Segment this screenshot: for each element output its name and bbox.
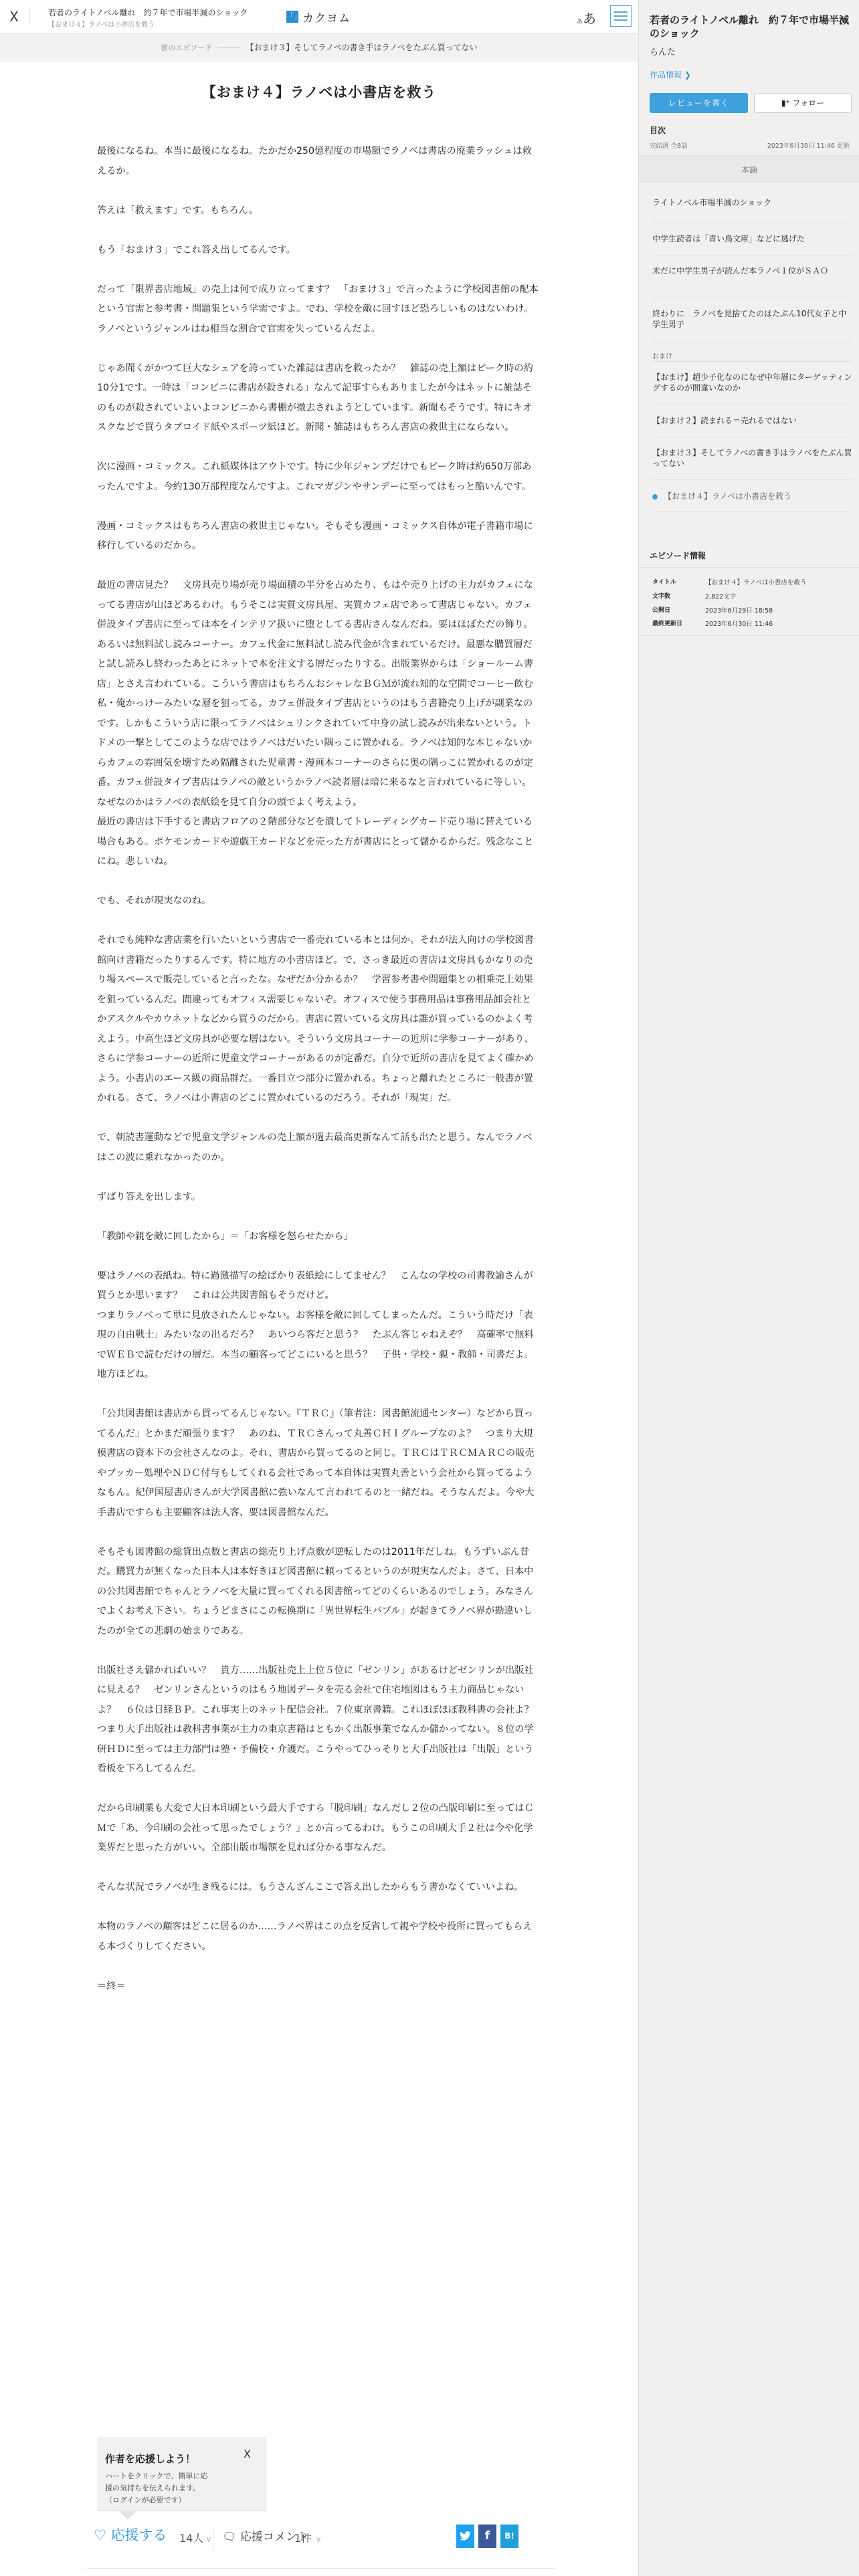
cheer-bar: ♡ 応援する 14人∨ 🗨 応援コメント 1件∨ f B!: [94, 2525, 542, 2551]
blank-line: [97, 181, 539, 201]
toc-episode-item[interactable]: 終わりに ラノベを見捨てたのはたぶん10代女子と中学生男子: [652, 298, 853, 342]
cheer-divider: [213, 2525, 213, 2551]
cheer-count[interactable]: 14人∨: [179, 2530, 212, 2545]
toc-episode-item[interactable]: 中学生読者は「青い鳥文庫」などに逃げた: [652, 223, 853, 255]
cheer-tooltip-text: ハートをクリックで、簡単に応 援の気持ちを伝えられます。 （ログインが必要です）: [105, 2470, 212, 2506]
blank-line: [97, 911, 539, 932]
body-paragraph: 次に漫画・コミックス。これ紙媒体はアウトです。特に少年ジャンプだけでもピーク時は…: [97, 457, 539, 497]
logo-mark-icon: 「」: [286, 11, 298, 23]
body-paragraph: ずばり答えを出します。: [97, 1188, 539, 1208]
meta-key-title: タイトル: [652, 577, 676, 586]
episode-info-divider: [639, 567, 859, 568]
body-paragraph: じゃあ聞くがかつて巨大なシェアを誇っていた雑誌は書店を救ったか？ 雑誌の売上額は…: [97, 359, 539, 438]
toc-episode-item-current[interactable]: 【おまけ４】ラノベは小書店を救う: [652, 480, 853, 512]
share-facebook-button[interactable]: f: [478, 2525, 496, 2548]
twitter-icon: [460, 2531, 471, 2541]
toc-episode-item[interactable]: 【おまけ３】そしてラノベの書き手はラノベをたぶん買ってない: [652, 437, 853, 480]
chapter-heading-omake: おまけ: [652, 350, 672, 360]
close-reader-button[interactable]: X: [5, 8, 23, 25]
work-updated: 2023年6月30日 11:46 更新: [767, 140, 850, 150]
meta-key-chars: 文字数: [652, 591, 670, 600]
cheer-tooltip-title: 作者を応援しよう！: [105, 2452, 195, 2466]
blank-line: [97, 1898, 539, 1918]
comment-count-value: 1件: [294, 2532, 312, 2545]
meta-value-updated: 2023年6月30日 11:46: [705, 619, 773, 628]
body-paragraph: 本物のラノベの顧客はどこに居るのか……ラノベ界はこの点を反省して親や学校や役所に…: [97, 1917, 539, 1957]
prev-episode-dash: [217, 47, 240, 48]
meta-key-updated: 最終更新日: [652, 619, 682, 627]
toc-episode-label: 【おまけ４】ラノベは小書店を救う: [664, 492, 791, 501]
blank-line: [97, 1207, 539, 1227]
hatena-bookmark-icon: B!: [504, 2531, 514, 2541]
chevron-down-icon: ∨: [315, 2535, 322, 2545]
episode-body: 最後になるね。本当に最後になるね。たかだか250億程度の市場額でラノベは書店の廃…: [97, 142, 539, 1996]
app-root: X 若者のライトノベル離れ 約７年で市場半減のショック 【おまけ４】ラノベは小書…: [0, 0, 859, 2576]
facebook-icon: f: [485, 2529, 490, 2543]
share-twitter-button[interactable]: [456, 2525, 474, 2548]
body-paragraph: でも、それが現実なのね。: [97, 891, 539, 911]
font-large-glyph: あ: [583, 11, 596, 27]
body-paragraph: 「公共図書館は書店から買ってるんじゃない。『ＴＲＣ』（筆者注：図書館流通センター…: [97, 1404, 539, 1523]
work-status: 完結済 全8話: [650, 140, 688, 150]
body-paragraph: つまりラノベって単に見放されたんじゃない。お客様を敵に回してしまったんだ。こうい…: [97, 1306, 539, 1385]
toc-episode-item[interactable]: 未だに中学生男子が読んだ本ラノベ１位がＳＡＯ: [652, 255, 853, 298]
toc-sidebar: 若者のライトノベル離れ 約７年で市場半減のショック らんた 作品情報 ❯ レビュ…: [638, 0, 859, 2576]
prev-episode-title: 【おまけ３】そしてラノベの書き手はラノベをたぶん買ってない: [246, 43, 477, 52]
header-divider: [29, 8, 30, 25]
body-paragraph: 「教師や親を敵に回したから」＝「お客様を怒らせたから」: [97, 1227, 539, 1247]
body-paragraph: だから印刷業も大変で大日本印刷という最大手ですら「脱印刷」なんだし２位の凸版印刷…: [97, 1799, 539, 1858]
body-paragraph: 最後になるね。本当に最後になるね。たかだか250億程度の市場額でラノベは書店の廃…: [97, 142, 539, 181]
follow-button[interactable]: ▮⁺ フォロー: [754, 93, 852, 113]
toc-toggle-button[interactable]: [610, 5, 632, 27]
blank-line: [97, 1385, 539, 1405]
body-paragraph: そんな状況でラノベが生き残るには。もうさんざんここで答え出したからもう書かなくて…: [97, 1878, 539, 1898]
body-paragraph: もう「おまけ３」でこれ答え出してるんです。: [97, 241, 539, 261]
blank-line: [97, 1247, 539, 1267]
meta-value-title: 【おまけ４】ラノベは小書店を救う: [705, 577, 806, 586]
meta-value-chars: 2,822文字: [705, 591, 736, 601]
tooltip-line: 援の気持ちを伝えられます。: [105, 2482, 212, 2494]
body-paragraph: 漫画・コミックスはもちろん書店の救世主じゃない。そもそも漫画・コミックス自体が電…: [97, 517, 539, 556]
body-paragraph: そもそも図書館の総貸出点数と書店の総売り上げ点数が逆転したのは2011年だしね。…: [97, 1543, 539, 1642]
close-tooltip-button[interactable]: X: [244, 2448, 251, 2460]
font-size-button[interactable]: ああ: [577, 8, 596, 27]
body-paragraph: 最近の書店は下手すると書店フロアの２階部分などを潰してトレーディングカード売り場…: [97, 813, 539, 872]
blank-line: [97, 260, 539, 280]
prev-episode-label: 前のエピソード: [161, 43, 212, 52]
body-paragraph: 要はラノベの表紙ね。特に過激描写の絵ばかり表紙絵にしてません？ こんなの学校の司…: [97, 1267, 539, 1306]
toc-episode-item[interactable]: ライトノベル市場半減のショック: [652, 191, 853, 223]
sidebar-author-link[interactable]: らんた: [650, 45, 676, 58]
body-paragraph: 出版社さえ儲かればいい？ 貴方……出版社売上上位５位に「ゼンリン」があるけどゼン…: [97, 1661, 539, 1780]
font-small-glyph: あ: [577, 19, 583, 25]
list-icon: [614, 15, 628, 17]
kakuyomu-logo[interactable]: 「」 カクヨム: [286, 9, 351, 24]
blank-line: [97, 1523, 539, 1543]
cheer-tooltip: 作者を応援しよう！ X ハートをクリックで、簡単に応 援の気持ちを伝えられます。…: [98, 2438, 266, 2511]
tooltip-line: （ログインが必要です）: [105, 2494, 212, 2506]
blank-line: [97, 339, 539, 359]
bookmark-plus-icon: ▮⁺: [781, 98, 790, 108]
chapter-heading-main: 本論: [639, 155, 859, 183]
blank-line: [97, 1780, 539, 1800]
logo-text: カクヨム: [302, 9, 351, 25]
footer-divider: [87, 2568, 555, 2569]
comment-icon: 🗨: [222, 2531, 237, 2544]
toc-episode-item[interactable]: 【おまけ】超少子化なのになぜ中年層にターゲッティングするのが間違いなのか: [652, 362, 853, 405]
work-title-link[interactable]: 若者のライトノベル離れ 約７年で市場半減のショック: [48, 7, 248, 18]
prev-episode-link[interactable]: 前のエピソード【おまけ３】そしてラノベの書き手はラノベをたぶん買ってない: [0, 33, 638, 62]
write-review-button[interactable]: レビューを書く: [650, 93, 748, 113]
blank-line: [97, 221, 539, 241]
current-episode-title: 【おまけ４】ラノベは小書店を救う: [48, 19, 155, 29]
cheer-button[interactable]: ♡ 応援する: [94, 2525, 167, 2545]
meta-key-published: 公開日: [652, 605, 670, 614]
blank-line: [97, 872, 539, 892]
work-info-link[interactable]: 作品情報 ❯: [650, 69, 691, 80]
body-paragraph: で、朝読書運動などで児童文学ジャンルの売上額が過去最高更新なんて話も出たと思う。…: [97, 1128, 539, 1168]
body-paragraph: それでも純粋な書店業を行いたいという書店で一番売れている本とは何か。それが法人向…: [97, 931, 539, 1109]
blank-line: [97, 1858, 539, 1879]
blank-line: [97, 556, 539, 576]
body-paragraph: 答えは「救えます」です。もちろん。: [97, 201, 539, 221]
episode-info-heading: エピソード情報: [650, 550, 706, 561]
cheer-count-value: 14人: [179, 2532, 203, 2545]
blank-line: [97, 1109, 539, 1129]
body-paragraph: だって「限界書店地域」の売上は何で成り立ってます？ 「おまけ３」で言ったように学…: [97, 280, 539, 340]
meta-value-published: 2023年6月29日 18:58: [705, 605, 773, 615]
blank-line: [97, 1168, 539, 1188]
reader-header: X 若者のライトノベル離れ 約７年で市場半減のショック 【おまけ４】ラノベは小書…: [0, 0, 638, 33]
blank-line: [97, 1641, 539, 1661]
toc-episode-item[interactable]: 【おまけ２】読まれる＝売れるではない: [652, 405, 853, 437]
blank-line: [97, 438, 539, 458]
current-episode-dot-icon: [652, 494, 658, 500]
list-icon: [614, 19, 628, 21]
share-hatena-button[interactable]: B!: [500, 2525, 518, 2548]
chevron-down-icon: ∨: [205, 2535, 212, 2545]
blank-line: [97, 497, 539, 517]
body-paragraph: ＝終＝: [97, 1977, 539, 1997]
blank-line: [97, 1957, 539, 1977]
follow-label: フォロー: [793, 98, 824, 108]
episode-heading: 【おまけ４】ラノベは小書店を救う: [0, 82, 638, 102]
toc-heading: 目次: [650, 124, 666, 136]
list-icon: [614, 11, 628, 13]
episode-info-bottom-divider: [639, 635, 859, 636]
sidebar-work-title[interactable]: 若者のライトノベル離れ 約７年で市場半減のショック: [650, 13, 850, 40]
comment-count[interactable]: 1件∨: [294, 2530, 322, 2545]
tooltip-line: ハートをクリックで、簡単に応: [105, 2470, 212, 2482]
body-paragraph: 最近の書店見た？ 文房具売り場が売り場面積の半分を占めたり、もはや売り上げの主力…: [97, 576, 539, 813]
reader-main: X 若者のライトノベル離れ 約７年で市場半減のショック 【おまけ４】ラノベは小書…: [0, 0, 638, 2576]
